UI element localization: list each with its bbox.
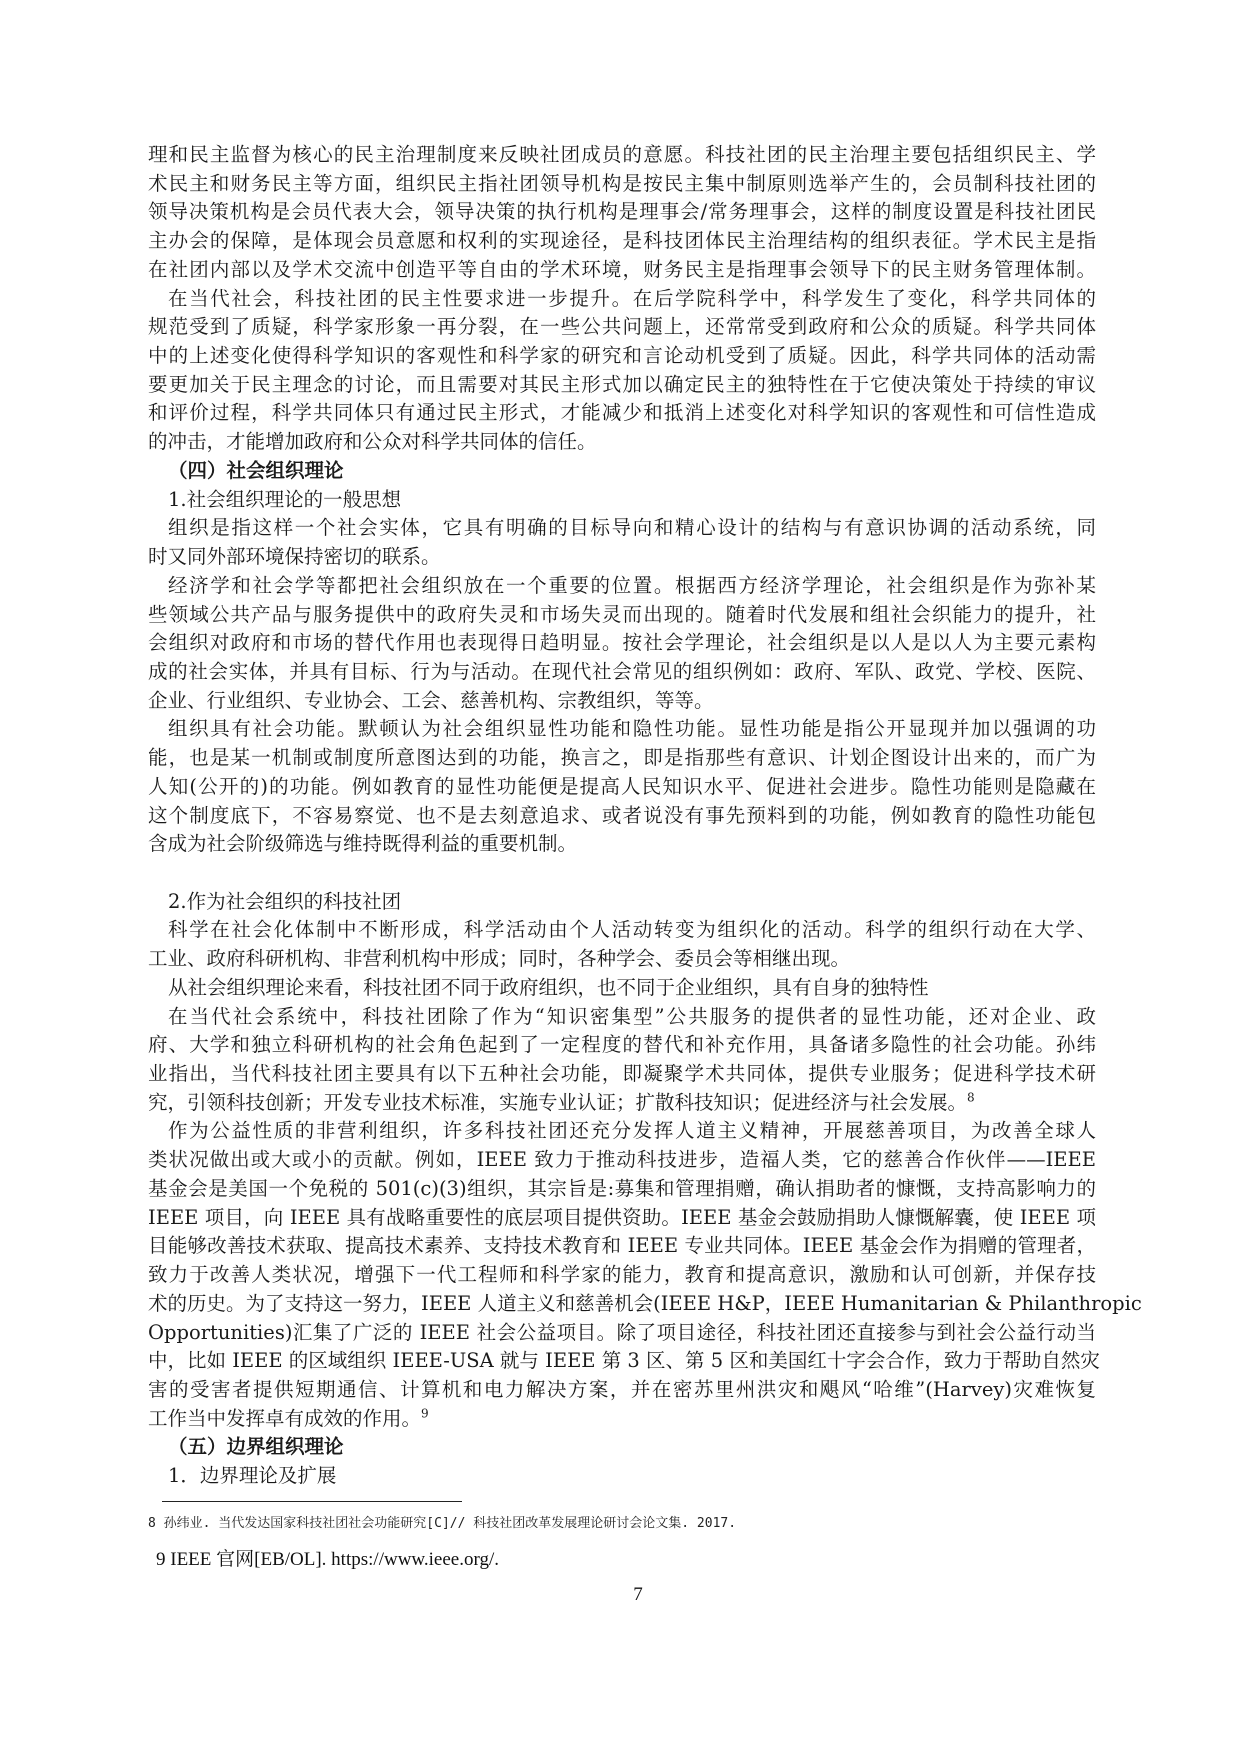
body-line: 规范受到了质疑，科学家形象一再分裂，在一些公共问题上，还常常受到政府和公众的质疑…	[148, 313, 1096, 341]
line-text: 究，引领科技创新；开发专业技术标准，实施专业认证；扩散科技知识；促进经济与社会发…	[148, 1091, 967, 1114]
body-line: 能，也是某一机制或制度所意图达到的功能，换言之，即是指那些有意识、计划企图设计出…	[148, 744, 1096, 772]
line-text: 在社团内部以及学术交流中创造平等自由的学术环境，财务民主是指理事会领导下的民主财…	[148, 258, 1096, 281]
line-text: 企业、行业组织、专业协会、工会、慈善机构、宗教组织，等等。	[148, 689, 714, 712]
body-line: 在社团内部以及学术交流中创造平等自由的学术环境，财务民主是指理事会领导下的民主财…	[148, 256, 1096, 284]
body-line: 这个制度底下，不容易察觉、也不是去刻意追求、或者说没有事先预料到的功能，例如教育…	[148, 802, 1096, 830]
line-text: 的冲击，才能增加政府和公众对科学共同体的信任。	[148, 430, 597, 453]
line-text: 能，也是某一机制或制度所意图达到的功能，换言之，即是指那些有意识、计划企图设计出…	[148, 746, 1096, 769]
line-text: （五）边界组织理论	[168, 1435, 344, 1458]
line-text: 害的受害者提供短期通信、计算机和电力解决方案，并在密苏里州洪灾和飓风“哈维”(H…	[148, 1378, 1096, 1401]
body-line: 害的受害者提供短期通信、计算机和电力解决方案，并在密苏里州洪灾和飓风“哈维”(H…	[148, 1376, 1096, 1404]
body-line: 究，引领科技创新；开发专业技术标准，实施专业认证；扩散科技知识；促进经济与社会发…	[148, 1089, 1096, 1117]
body-line: 和评价过程，科学共同体只有通过民主形式，才能减少和抵消上述变化对科学知识的客观性…	[148, 399, 1096, 427]
line-text: Opportunities)汇集了广泛的 IEEE 社会公益项目。除了项目途径，…	[148, 1321, 1096, 1344]
line-text: 2.作为社会组织的科技社团	[168, 890, 401, 913]
line-text: 在当代社会，科技社团的民主性要求进一步提升。在后学院科学中，科学发生了变化，科学…	[168, 287, 1096, 310]
line-text: 科学在社会化体制中不断形成，科学活动由个人活动转变为组织化的活动。科学的组织行动…	[168, 918, 1096, 941]
line-text: 作为公益性质的非营利组织，许多科技社团还充分发挥人道主义精神，开展慈善项目，为改…	[168, 1119, 1096, 1142]
footnote-8: 8 孙纬业. 当代发达国家科技社团社会功能研究[C]// 科技社团改革发展理论研…	[148, 1514, 736, 1534]
body-line: 要更加关于民主理念的讨论，而且需要对其民主形式加以确定民主的独特性在于它使决策处…	[148, 371, 1096, 399]
body-line: 在当代社会，科技社团的民主性要求进一步提升。在后学院科学中，科学发生了变化，科学…	[168, 285, 1096, 313]
body-line: 类状况做出或大或小的贡献。例如，IEEE 致力于推动科技进步，造福人类，它的慈善…	[148, 1146, 1096, 1174]
blank-line	[148, 859, 1096, 887]
body-line: 基金会是美国一个免税的 501(c)(3)组织，其宗旨是:募集和管理捐赠，确认捐…	[148, 1175, 1096, 1203]
body-line: 从社会组织理论来看，科技社团不同于政府组织，也不同于企业组织，具有自身的独特性	[168, 974, 1096, 1002]
body-line: 科学在社会化体制中不断形成，科学活动由个人活动转变为组织化的活动。科学的组织行动…	[168, 916, 1096, 944]
line-text: 会组织对政府和市场的替代作用也表现得日趋明显。按社会学理论，社会组织是以人是以人…	[148, 631, 1096, 654]
line-text: 致力于改善人类状况，增强下一代工程师和科学家的能力，教育和提高意识，激励和认可创…	[148, 1263, 1096, 1286]
body-line: 主办会的保障，是体现会员意愿和权利的实现途径，是科技团体民主治理结构的组织表征。…	[148, 227, 1096, 255]
line-text: 业指出，当代科技社团主要具有以下五种社会功能，即凝聚学术共同体，提供专业服务；促…	[148, 1062, 1096, 1085]
section-heading: （五）边界组织理论	[168, 1433, 1096, 1461]
subsection-heading: 2.作为社会组织的科技社团	[168, 888, 1096, 916]
page-number: 7	[628, 1584, 648, 1606]
body-line: 经济学和社会学等都把社会组织放在一个重要的位置。根据西方经济学理论，社会组织是作…	[168, 572, 1096, 600]
body-line: 组织是指这样一个社会实体，它具有明确的目标导向和精心设计的结构与有意识协调的活动…	[168, 514, 1096, 542]
body-line: Opportunities)汇集了广泛的 IEEE 社会公益项目。除了项目途径，…	[148, 1319, 1096, 1347]
body-line: 业指出，当代科技社团主要具有以下五种社会功能，即凝聚学术共同体，提供专业服务；促…	[148, 1060, 1096, 1088]
line-text: 人知(公开的)的功能。例如教育的显性功能便是提高人民知识水平、促进社会进步。隐性…	[148, 775, 1096, 798]
line-text: 工作当中发挥卓有成效的作用。	[148, 1407, 421, 1430]
footnote-divider	[162, 1501, 462, 1502]
body-line: 中的上述变化使得科学知识的客观性和科学家的研究和言论动机受到了质疑。因此，科学共…	[148, 342, 1096, 370]
line-text: 规范受到了质疑，科学家形象一再分裂，在一些公共问题上，还常常受到政府和公众的质疑…	[148, 315, 1096, 338]
body-line: 的冲击，才能增加政府和公众对科学共同体的信任。	[148, 428, 1096, 456]
line-text: 1.社会组织理论的一般思想	[168, 488, 401, 511]
footnote-ref[interactable]: 9	[421, 1406, 429, 1420]
line-text: 些领域公共产品与服务提供中的政府失灵和市场失灵而出现的。随着时代发展和组社会织能…	[148, 603, 1096, 626]
body-line: 含成为社会阶级筛选与维持既得利益的重要机制。	[148, 830, 1096, 858]
body-line: 些领域公共产品与服务提供中的政府失灵和市场失灵而出现的。随着时代发展和组社会织能…	[148, 601, 1096, 629]
body-line: 领导决策机构是会员代表大会，领导决策的执行机构是理事会/常务理事会，这样的制度设…	[148, 198, 1096, 226]
body-line: 工作当中发挥卓有成效的作用。9	[148, 1405, 1096, 1433]
line-text: 基金会是美国一个免税的 501(c)(3)组织，其宗旨是:募集和管理捐赠，确认捐…	[148, 1177, 1096, 1200]
subsection-heading: 1.社会组织理论的一般思想	[168, 486, 1096, 514]
line-text: 组织具有社会功能。默顿认为社会组织显性功能和隐性功能。显性功能是指公开显现并加以…	[168, 717, 1096, 740]
line-text: 术的历史。为了支持这一努力，IEEE 人道主义和慈善机会(IEEE H&P，IE…	[148, 1292, 1142, 1315]
line-text: 要更加关于民主理念的讨论，而且需要对其民主形式加以确定民主的独特性在于它使决策处…	[148, 373, 1096, 396]
line-text: 组织是指这样一个社会实体，它具有明确的目标导向和精心设计的结构与有意识协调的活动…	[168, 516, 1096, 539]
footnote-9: 9 IEEE 官网[EB/OL]. https://www.ieee.org/.	[156, 1547, 499, 1573]
body-line: 人知(公开的)的功能。例如教育的显性功能便是提高人民知识水平、促进社会进步。隐性…	[148, 773, 1096, 801]
body-line: IEEE 项目，向 IEEE 具有战略重要性的底层项目提供资助。IEEE 基金会…	[148, 1204, 1096, 1232]
body-line: 组织具有社会功能。默顿认为社会组织显性功能和隐性功能。显性功能是指公开显现并加以…	[168, 715, 1096, 743]
body-line: 中，比如 IEEE 的区域组织 IEEE-USA 就与 IEEE 第 3 区、第…	[148, 1347, 1096, 1375]
line-text: 和评价过程，科学共同体只有通过民主形式，才能减少和抵消上述变化对科学知识的客观性…	[148, 401, 1096, 424]
line-text: 工业、政府科研机构、非营利机构中形成；同时，各种学会、委员会等相继出现。	[148, 947, 850, 970]
section-heading: （四）社会组织理论	[168, 457, 1096, 485]
line-text: 1．边界理论及扩展	[168, 1464, 336, 1487]
line-text: 类状况做出或大或小的贡献。例如，IEEE 致力于推动科技进步，造福人类，它的慈善…	[148, 1148, 1096, 1171]
body-line: 工业、政府科研机构、非营利机构中形成；同时，各种学会、委员会等相继出现。	[148, 945, 1096, 973]
body-line: 理和民主监督为核心的民主治理制度来反映社团成员的意愿。科技社团的民主治理主要包括…	[148, 141, 1096, 169]
body-line: 术的历史。为了支持这一努力，IEEE 人道主义和慈善机会(IEEE H&P，IE…	[148, 1290, 1096, 1318]
line-text: （四）社会组织理论	[168, 459, 344, 482]
line-text: 含成为社会阶级筛选与维持既得利益的重要机制。	[148, 832, 577, 855]
line-text: 理和民主监督为核心的民主治理制度来反映社团成员的意愿。科技社团的民主治理主要包括…	[148, 143, 1096, 166]
line-text: 这个制度底下，不容易察觉、也不是去刻意追求、或者说没有事先预料到的功能，例如教育…	[148, 804, 1096, 827]
body-line: 企业、行业组织、专业协会、工会、慈善机构、宗教组织，等等。	[148, 687, 1096, 715]
line-text: 经济学和社会学等都把社会组织放在一个重要的位置。根据西方经济学理论，社会组织是作…	[168, 574, 1096, 597]
line-text: 成的社会实体，并具有目标、行为与活动。在现代社会常见的组织例如：政府、军队、政党…	[148, 660, 1096, 683]
body-line: 术民主和财务民主等方面，组织民主指社团领导机构是按民主集中制原则选举产生的，会员…	[148, 170, 1096, 198]
line-text: 术民主和财务民主等方面，组织民主指社团领导机构是按民主集中制原则选举产生的，会员…	[148, 172, 1096, 195]
line-text: IEEE 项目，向 IEEE 具有战略重要性的底层项目提供资助。IEEE 基金会…	[148, 1206, 1096, 1229]
document-page: 理和民主监督为核心的民主治理制度来反映社团成员的意愿。科技社团的民主治理主要包括…	[0, 0, 1240, 1753]
subsection-heading: 1．边界理论及扩展	[168, 1462, 1096, 1490]
line-text: 目能够改善技术获取、提高技术素养、支持技术教育和 IEEE 专业共同体。IEEE…	[148, 1234, 1096, 1257]
line-text: 从社会组织理论来看，科技社团不同于政府组织，也不同于企业组织，具有自身的独特性	[168, 976, 929, 999]
line-text: 中，比如 IEEE 的区域组织 IEEE-USA 就与 IEEE 第 3 区、第…	[148, 1349, 1100, 1372]
line-text: 中的上述变化使得科学知识的客观性和科学家的研究和言论动机受到了质疑。因此，科学共…	[148, 344, 1096, 367]
body-line: 作为公益性质的非营利组织，许多科技社团还充分发挥人道主义精神，开展慈善项目，为改…	[168, 1117, 1096, 1145]
line-text: 时又同外部环境保持密切的联系。	[148, 545, 441, 568]
line-text: 领导决策机构是会员代表大会，领导决策的执行机构是理事会/常务理事会，这样的制度设…	[148, 200, 1096, 223]
body-line: 时又同外部环境保持密切的联系。	[148, 543, 1096, 571]
body-line: 致力于改善人类状况，增强下一代工程师和科学家的能力，教育和提高意识，激励和认可创…	[148, 1261, 1096, 1289]
body-line: 会组织对政府和市场的替代作用也表现得日趋明显。按社会学理论，社会组织是以人是以人…	[148, 629, 1096, 657]
body-line: 府、大学和独立科研机构的社会角色起到了一定程度的替代和补充作用，具备诸多隐性的社…	[148, 1031, 1096, 1059]
body-line: 在当代社会系统中，科技社团除了作为“知识密集型”公共服务的提供者的显性功能，还对…	[168, 1003, 1096, 1031]
body-line: 成的社会实体，并具有目标、行为与活动。在现代社会常见的组织例如：政府、军队、政党…	[148, 658, 1096, 686]
line-text: 府、大学和独立科研机构的社会角色起到了一定程度的替代和补充作用，具备诸多隐性的社…	[148, 1033, 1096, 1056]
body-line: 目能够改善技术获取、提高技术素养、支持技术教育和 IEEE 专业共同体。IEEE…	[148, 1232, 1096, 1260]
line-text: 在当代社会系统中，科技社团除了作为“知识密集型”公共服务的提供者的显性功能，还对…	[168, 1005, 1096, 1028]
footnote-ref[interactable]: 8	[967, 1090, 975, 1104]
line-text: 主办会的保障，是体现会员意愿和权利的实现途径，是科技团体民主治理结构的组织表征。…	[148, 229, 1096, 252]
